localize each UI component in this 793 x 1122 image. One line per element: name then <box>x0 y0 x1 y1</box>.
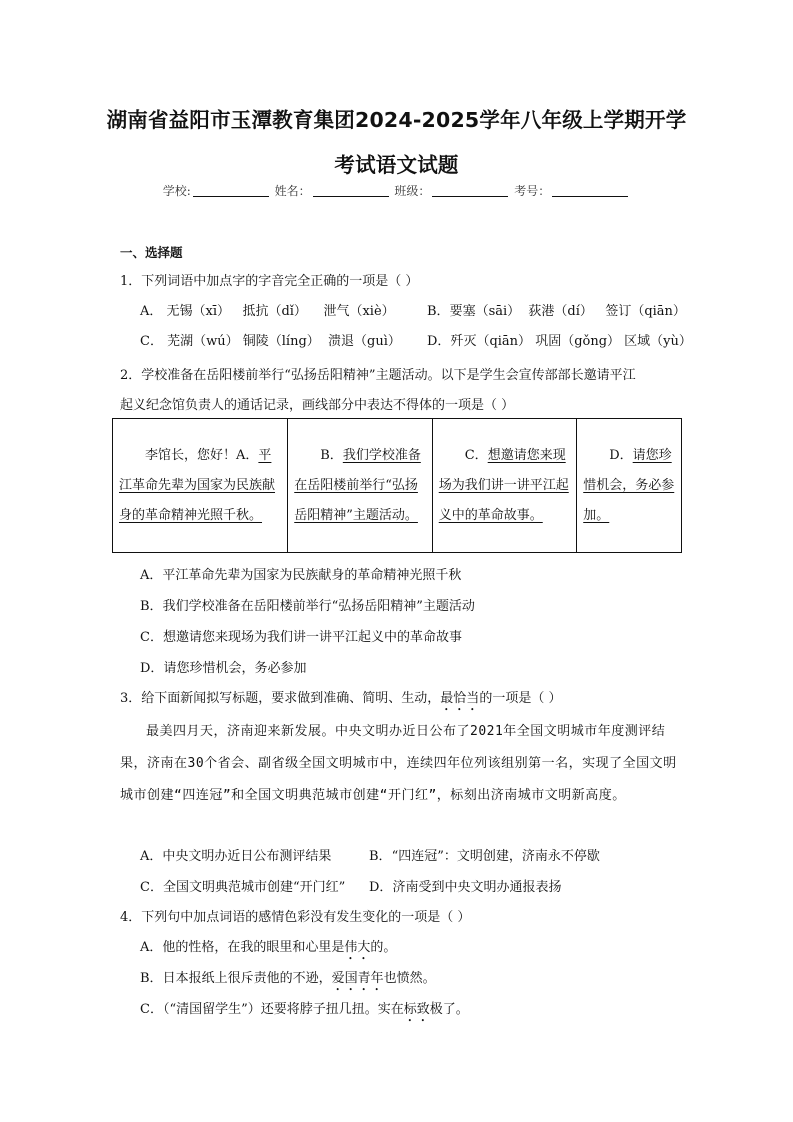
question-text: 下列句中加点词语的感情色彩没有发生变化的一项是（ ） <box>141 910 470 925</box>
dotted-emphasis-text: 标致 <box>404 1002 430 1017</box>
question-3-option-c: C．全国文明典范城市创建“开门红” <box>140 876 345 895</box>
question-1-options-row1-b: B．要塞（sāi） 荻港（dí） 签订（qiān） <box>427 300 686 319</box>
question-text: 学校准备在岳阳楼前举行“弘扬岳阳精神”主题活动。以下是学生会宣传部部长邀请平江 <box>141 368 635 383</box>
student-info-row: 学校: 姓名： 班级： 考号： <box>0 182 793 199</box>
exam-title-line1: 湖南省益阳市玉潭教育集团2024-2025学年八年级上学期开学 <box>0 103 793 133</box>
dotted-emphasis-text: 最恰当 <box>440 691 479 706</box>
question-3-stem: 3．给下面新闻拟写标题，要求做到准确、简明、生动，最恰当的一项是（ ） <box>120 687 561 714</box>
option-label: B． <box>140 599 163 614</box>
question-4-option-a: A．他的性格，在我的眼里和心里是伟大的。 <box>140 936 396 963</box>
cell-prefix: D． <box>609 448 632 463</box>
option-item: 签订（qiān） <box>605 304 686 319</box>
question-2-option-d: D．请您珍惜机会，务必参加 <box>140 657 306 676</box>
news-passage: 最美四月天，济南迎来新发展。中央文明办近日公布了2021年全国文明城市年度测评结… <box>120 716 680 812</box>
option-item: 荻港（dí） <box>528 304 592 319</box>
option-item: 要塞（sāi） <box>450 304 521 319</box>
option-d-label: D． <box>427 334 450 349</box>
option-item: 巩固（gǒng） <box>535 334 620 349</box>
dotted-emphasis-text: 伟大 <box>344 940 370 955</box>
option-text: 请您珍惜机会，务必参加 <box>163 661 306 676</box>
option-item: 歼灭（qiān） <box>450 334 531 349</box>
question-3-option-d: D．济南受到中央文明办通报表扬 <box>369 876 561 895</box>
question-2-stem-line1: 2．学校准备在岳阳楼前举行“弘扬岳阳精神”主题活动。以下是学生会宣传部部长邀请平… <box>120 364 636 383</box>
question-text: 给下面新闻拟写标题，要求做到准确、简明、生动， <box>141 691 440 706</box>
option-label: A． <box>140 940 162 955</box>
question-number: 2． <box>120 368 141 383</box>
option-a-label: A． <box>140 304 162 319</box>
question-1-options-row2: C． 芜湖（wú） 铜陵（líng） 溃退（guì） <box>140 330 401 349</box>
cell-underlined-text: 我们学校准备在岳阳楼前举行“弘扬岳阳精神”主题活动。 <box>294 448 421 523</box>
option-text: 平江革命先辈为国家为民族献身的革命精神光照千秋 <box>162 568 461 583</box>
option-item: 无锡（xī） <box>167 304 231 319</box>
option-label: C． <box>140 1002 163 1017</box>
question-2-option-a: A．平江革命先辈为国家为民族献身的革命精神光照千秋 <box>140 564 461 583</box>
exam-number-field[interactable] <box>552 184 628 197</box>
exam-title-line2: 考试语文试题 <box>0 148 793 178</box>
option-text-end: 极了。 <box>430 1002 469 1017</box>
option-text: 想邀请您来现场为我们讲一讲平江起义中的革命故事 <box>163 630 462 645</box>
class-field[interactable] <box>432 184 508 197</box>
option-label: A． <box>140 849 162 864</box>
question-3-option-a: A．中央文明办近日公布测评结果 <box>140 845 331 864</box>
option-text: 日本报纸上很斥责他的不逊， <box>163 971 332 986</box>
question-4-option-c: C．（“清国留学生”）还要将脖子扭几扭。实在标致极了。 <box>140 998 469 1025</box>
option-item: 溃退（guì） <box>328 334 401 349</box>
cell-prefix: B． <box>320 448 343 463</box>
option-text: （“清国留学生”）还要将脖子扭几扭。实在 <box>163 1002 404 1017</box>
question-number: 1． <box>120 274 141 289</box>
option-label: B． <box>369 849 392 864</box>
option-item: 区域（yù） <box>624 334 692 349</box>
question-1-options-row1: A． 无锡（xī） 抵抗（dǐ） 泄气（xiè） <box>140 300 395 319</box>
table-cell-d: D．请您珍惜机会，务必参加。 <box>577 419 682 553</box>
option-text-end: 的。 <box>370 940 396 955</box>
option-item: 泄气（xiè） <box>323 304 394 319</box>
option-label: A． <box>140 568 162 583</box>
option-label: D． <box>369 880 392 895</box>
name-field[interactable] <box>313 184 389 197</box>
question-text-end: 的一项是（ ） <box>479 691 561 706</box>
cell-underlined-text: 想邀请您来现场为我们讲一讲平江起义中的革命故事。 <box>439 448 569 523</box>
question-4-option-b: B．日本报纸上很斥责他的不逊，爱国青年也愤然。 <box>140 967 436 994</box>
dialogue-table: 李馆长，您好！A．平江革命先辈为国家为民族献身的革命精神光照千秋。 B．我们学校… <box>112 418 682 553</box>
option-text-end: 也愤然。 <box>384 971 436 986</box>
exam-number-label: 考号： <box>514 184 550 198</box>
option-label: C． <box>140 880 163 895</box>
table-cell-b: B．我们学校准备在岳阳楼前举行“弘扬岳阳精神”主题活动。 <box>288 419 432 553</box>
option-text: 他的性格，在我的眼里和心里是 <box>162 940 344 955</box>
question-3-option-b: B．“四连冠”：文明创建，济南永不停歇 <box>369 845 600 864</box>
cell-prefix: 李馆长，您好！A． <box>145 448 258 463</box>
option-label: C． <box>140 630 163 645</box>
question-2-option-b: B．我们学校准备在岳阳楼前举行“弘扬岳阳精神”主题活动 <box>140 595 475 614</box>
question-1-options-row2-d: D．歼灭（qiān） 巩固（gǒng） 区域（yù） <box>427 330 692 349</box>
option-text: 全国文明典范城市创建“开门红” <box>163 880 345 895</box>
class-label: 班级： <box>394 184 430 198</box>
question-1-stem: 1．下列词语中加点字的字音完全正确的一项是（ ） <box>120 270 418 289</box>
question-2-stem-line2: 起义纪念馆负责人的通话记录，画线部分中表达不得体的一项是（ ） <box>120 394 514 413</box>
question-4-stem: 4．下列句中加点词语的感情色彩没有发生变化的一项是（ ） <box>120 906 470 925</box>
option-label: B． <box>140 971 163 986</box>
question-2-option-c: C．想邀请您来现场为我们讲一讲平江起义中的革命故事 <box>140 626 462 645</box>
dotted-emphasis-text: 爱国青年 <box>332 971 384 986</box>
table-row: 李馆长，您好！A．平江革命先辈为国家为民族献身的革命精神光照千秋。 B．我们学校… <box>113 419 682 553</box>
name-label: 姓名： <box>275 184 311 198</box>
table-cell-a: 李馆长，您好！A．平江革命先辈为国家为民族献身的革命精神光照千秋。 <box>113 419 288 553</box>
question-number: 4． <box>120 910 141 925</box>
section-heading: 一、选择题 <box>120 243 183 261</box>
option-text: 我们学校准备在岳阳楼前举行“弘扬岳阳精神”主题活动 <box>163 599 475 614</box>
table-cell-c: C．想邀请您来现场为我们讲一讲平江起义中的革命故事。 <box>432 419 577 553</box>
school-field[interactable] <box>193 184 269 197</box>
option-label: D． <box>140 661 163 676</box>
option-text: 济南受到中央文明办通报表扬 <box>392 880 561 895</box>
option-text: 中央文明办近日公布测评结果 <box>162 849 331 864</box>
option-item: 芜湖（wú） <box>167 334 239 349</box>
option-b-label: B． <box>427 304 450 319</box>
question-text: 下列词语中加点字的字音完全正确的一项是（ ） <box>141 274 418 289</box>
option-c-label: C． <box>140 334 163 349</box>
option-item: 抵抗（dǐ） <box>242 304 306 319</box>
option-item: 铜陵（líng） <box>243 334 320 349</box>
option-text: “四连冠”：文明创建，济南永不停歇 <box>392 849 600 864</box>
question-number: 3． <box>120 691 141 706</box>
school-label: 学校: <box>163 184 191 198</box>
cell-prefix: C． <box>465 448 488 463</box>
